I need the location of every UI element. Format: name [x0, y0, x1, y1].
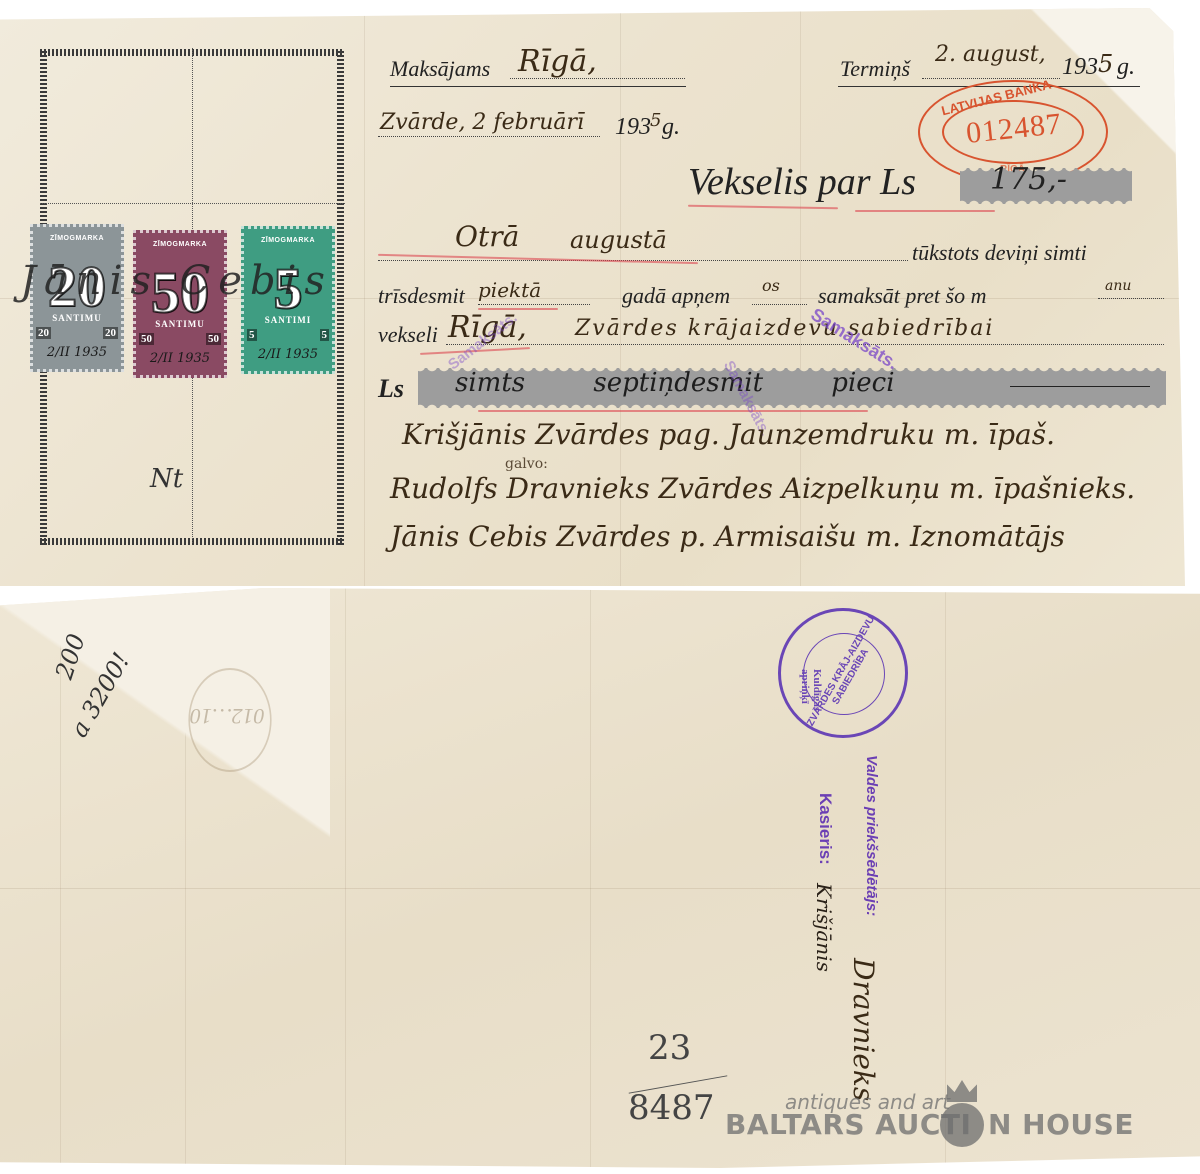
place-year-suffix: 5: [650, 110, 661, 131]
term-year-suffix: 5: [1098, 50, 1113, 78]
place-year-unit: g.: [662, 114, 680, 141]
stamp-cancel-signature: Jānis Cebis: [20, 258, 333, 304]
bill-of-exchange-front: ZĪMOGMARKA 20 SANTIMU 20 20 2/II 1935 ZĪ…: [0, 8, 1185, 586]
signature-note: galvo:: [505, 456, 548, 472]
term-date: 2. august,: [935, 42, 1046, 67]
payable-label: Maksājams: [390, 56, 490, 82]
frame-dotted-line: [40, 203, 345, 204]
term-label: Termiņš: [840, 56, 910, 82]
amount-numeric: 175,-: [990, 162, 1067, 197]
cashier-signature: Krišjānis: [812, 883, 836, 972]
revenue-stamp-50: ZĪMOGMARKA 50 SANTIMU 50 50 2/II 1935: [133, 230, 227, 378]
cooperative-seal: ZVĀRDES KRĀJ-AIZDEVU SABIEDRĪBA Kuldīgas…: [778, 608, 908, 738]
amount-words: simts septiņdesmit pieci: [455, 368, 895, 398]
pencil-fraction-bottom: 8487: [628, 1088, 715, 1128]
bill-of-exchange-back: 200 a 3200! 012…10 ZVĀRDES KRĀJ-AIZDEVU …: [0, 588, 1200, 1168]
frame-initials: Nt: [150, 464, 183, 494]
signature-3: Jānis Cebis Zvārdes p. Armisaišu m. Izno…: [390, 520, 1065, 553]
watermark-o-circle: [940, 1103, 984, 1147]
board-chair-label: Valdes priekšsēdētājs:: [863, 755, 880, 916]
pencil-fraction-top: 23: [648, 1028, 691, 1068]
folded-corner: [0, 588, 330, 838]
chair-signature: Dravnieks: [847, 958, 880, 1101]
term-year-prefix: 193: [1062, 54, 1098, 81]
cashier-label: Kasieris:: [815, 793, 835, 865]
amount-words-label: Ls: [378, 374, 404, 404]
payable-place: Rīgā,: [518, 44, 597, 79]
document-title: Vekselis par Ls: [688, 160, 916, 204]
signature-2: Rudolfs Dravnieks Zvārdes Aizpelkuņu m. …: [390, 472, 1135, 505]
place-year-prefix: 193: [615, 114, 651, 141]
signature-1: Krišjānis Zvārdes pag. Jaunzemdruku m. ī…: [402, 418, 1055, 451]
term-year-unit: g.: [1117, 54, 1135, 81]
place-date: Zvārde, 2 februārī: [380, 110, 584, 135]
